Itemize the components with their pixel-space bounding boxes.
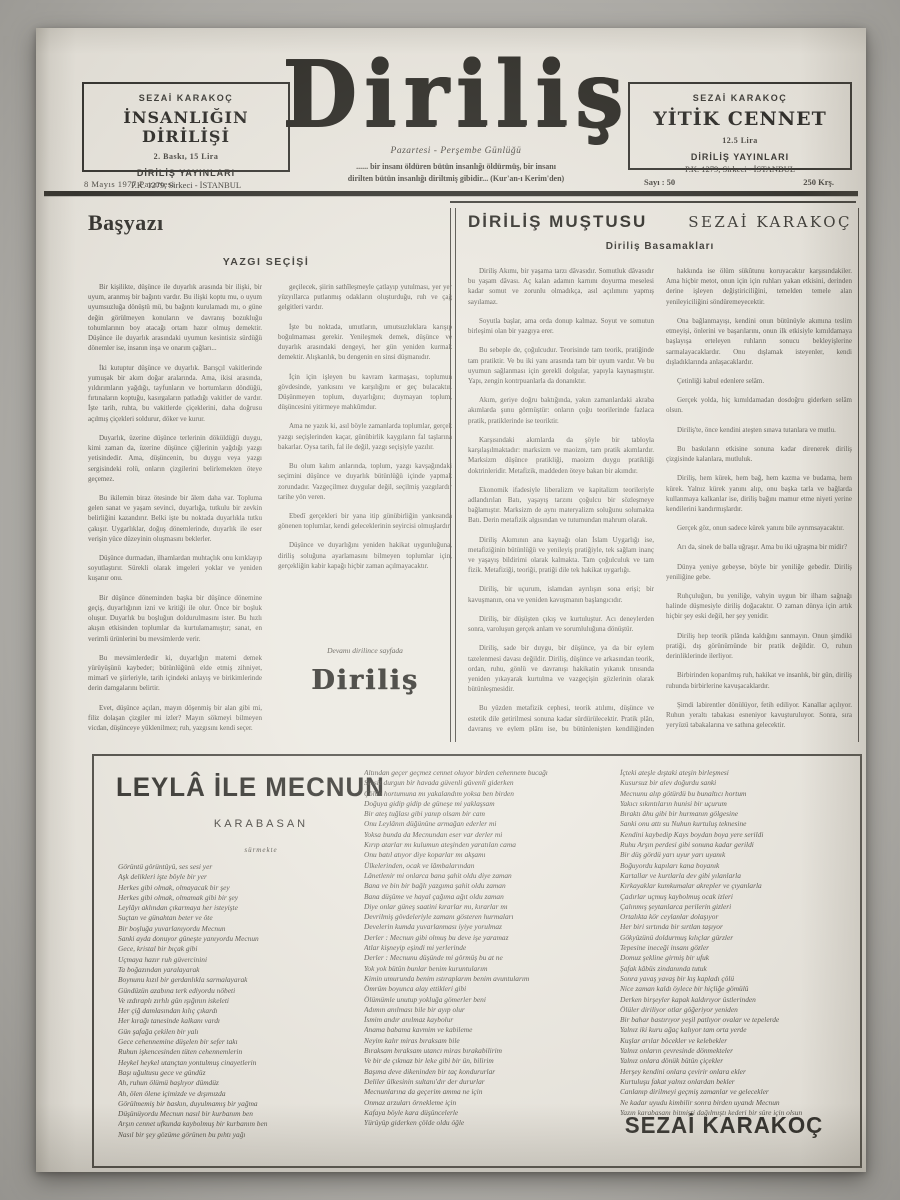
poem-column-1: Görüntü görüntüyü, ses sesi yerAşk delik… [118, 862, 358, 1140]
issue-date: 8 Mayıs 1977 Pazartesi [84, 179, 175, 189]
mustu-article: DİRİLİŞ MUŞTUSU SEZAİ KARAKOÇ Diriliş Ba… [468, 212, 852, 732]
poem-column-2: Altından geçer geçmez cennet oluyor bird… [364, 768, 614, 1128]
editorial-section-label: Başyazı [88, 210, 164, 236]
issue-number: Sayı : 50 [644, 177, 675, 187]
editorial-continuation-note: Devamı dirilince sayfada [278, 646, 452, 655]
newspaper-title: Diriliş [271, 49, 641, 140]
editorial-column-2-wrap: geçilecek, şiirin sathîleşmeyle çatlayıp… [278, 282, 452, 740]
mustu-byline: SEZAİ KARAKOÇ [688, 213, 852, 231]
ad-left-title: İNSANLIĞIN DİRİLİŞİ [84, 108, 288, 146]
mustu-subhead: Diriliş Basamakları [468, 241, 852, 252]
mustu-header-row: DİRİLİŞ MUŞTUSU SEZAİ KARAKOÇ [468, 212, 852, 232]
editorial-columns: Bir kişilikte, düşünce ile duyarlık aras… [88, 282, 452, 740]
editorial-column-2: geçilecek, şiirin sathîleşmeyle çatlayıp… [278, 282, 452, 638]
book-ad-right: SEZAİ KARAKOÇ YİTİK CENNET 12.5 Lira DİR… [628, 82, 852, 170]
column-divider-inner [455, 208, 456, 742]
ad-left-author: SEZAİ KARAKOÇ [84, 93, 288, 103]
header-rule-thin [450, 201, 856, 203]
mustu-column-2: hakkında ise ölüm sükûtunu koruyacaktır … [666, 266, 852, 732]
newspaper-page: SEZAİ KARAKOÇ İNSANLIĞIN DİRİLİŞİ 2. Bas… [36, 28, 866, 1172]
quote-line-2: dirilten bütün insanlığı diriltmiş gibid… [271, 173, 641, 185]
right-edge-rule [858, 208, 859, 742]
mustu-headline: DİRİLİŞ MUŞTUSU [468, 212, 647, 232]
book-ad-left: SEZAİ KARAKOÇ İNSANLIĞIN DİRİLİŞİ 2. Bas… [82, 82, 290, 172]
poem-title: LEYLÂ İLE MECNUN [116, 772, 385, 803]
ad-right-title: YİTİK CENNET [630, 108, 850, 130]
ad-left-publisher: DİRİLİŞ YAYINLARI [84, 168, 288, 178]
poem-column-3: İçteki ateşle dıştaki ateşin birleşmesiK… [620, 768, 858, 1118]
masthead-quote: ...... bir insanı öldüren bütün insanlığ… [271, 161, 641, 185]
quote-line-1: ...... bir insanı öldüren bütün insanlığ… [271, 161, 641, 173]
ad-right-publisher: DİRİLİŞ YAYINLARI [630, 152, 850, 162]
mustu-columns: Diriliş Akımı, bir yaşama tarzı dâvasıdı… [468, 266, 852, 732]
poem-note: sürmekte [116, 846, 406, 854]
ad-right-address: P.K. 1279, Sirkeci - İSTANBUL [630, 164, 850, 174]
poem-author-signature: SEZAİ KARAKOÇ [608, 1112, 841, 1139]
editorial-signature: Diriliş [278, 665, 452, 696]
poem-subtitle: KARABASAN [116, 818, 406, 830]
poem-box: LEYLÂ İLE MECNUN KARABASAN sürmekte Görü… [92, 754, 862, 1168]
issue-price: 250 Krş. [803, 177, 834, 187]
editorial-headline: YAZGI SEÇİŞİ [88, 256, 444, 268]
ad-right-author: SEZAİ KARAKOÇ [630, 93, 850, 103]
ad-left-edition: 2. Baskı, 15 Lira [84, 152, 288, 161]
mustu-column-1: Diriliş Akımı, bir yaşama tarzı dâvasıdı… [468, 266, 654, 732]
header-rule-thick [44, 191, 858, 196]
ad-right-edition: 12.5 Lira [630, 136, 850, 145]
masthead: Diriliş Pazartesi - Perşembe Günlüğü ...… [271, 52, 641, 185]
issue-price-row: Sayı : 50 250 Krş. [644, 177, 834, 187]
editorial-column-1: Bir kişilikte, düşünce ile duyarlık aras… [88, 282, 262, 740]
